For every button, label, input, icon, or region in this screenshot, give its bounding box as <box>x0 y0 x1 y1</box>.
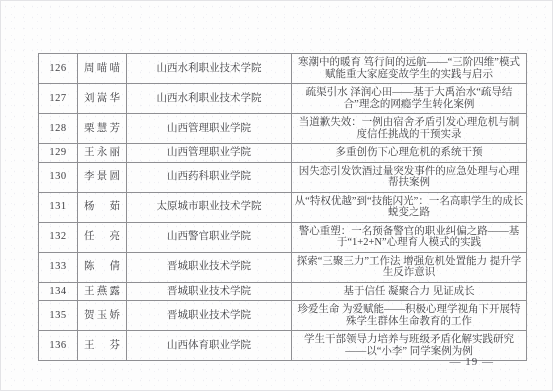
name-cell: 刘嵩华 <box>78 84 127 114</box>
name-cell: 贺玉娇 <box>78 301 127 331</box>
institution-cell: 晋城职业技术学院 <box>127 252 292 282</box>
table-row: 131杨茹太原城市职业技术学院从“特权优越”到“技能闪光”：一名高职学生的成长蜕… <box>39 192 527 222</box>
institution-cell: 山西药科职业学院 <box>127 162 292 192</box>
row-number-cell: 130 <box>39 162 78 192</box>
name-text: 王永丽 <box>84 147 120 159</box>
name-cell: 王永丽 <box>78 144 127 163</box>
title-cell: 探索“三聚三力”工作法 增强危机处置能力 提升学生反诈意识 <box>292 252 527 282</box>
table-row: 133陈倩晋城职业技术学院探索“三聚三力”工作法 增强危机处置能力 提升学生反诈… <box>39 252 527 282</box>
row-number-cell: 136 <box>39 331 78 361</box>
institution-cell: 晋城职业技术学院 <box>127 282 292 301</box>
name-text: 任亮 <box>84 231 120 243</box>
name-cell: 陈倩 <box>78 252 127 282</box>
row-number-cell: 131 <box>39 192 78 222</box>
row-number-cell: 135 <box>39 301 78 331</box>
name-text: 周喵喵 <box>84 63 120 75</box>
institution-cell: 山西水利职业技术学院 <box>127 84 292 114</box>
table-row: 126周喵喵山西水利职业技术学院寒潮中的暖育 笃行间的远航——“三阶四维”模式赋… <box>39 54 527 84</box>
row-number-cell: 133 <box>39 252 78 282</box>
name-cell: 杨茹 <box>78 192 127 222</box>
table-row: 127刘嵩华山西水利职业技术学院疏渠引水 泽润心田——基于大禹治水“疏导结合”理… <box>39 84 527 114</box>
name-cell: 任亮 <box>78 222 127 252</box>
results-table-body: 126周喵喵山西水利职业技术学院寒潮中的暖育 笃行间的远航——“三阶四维”模式赋… <box>39 54 527 361</box>
name-text: 陈倩 <box>84 261 120 273</box>
row-number-cell: 132 <box>39 222 78 252</box>
table-row: 128栗慧芳山西管理职业学院当道歉失效：一例由宿舍矛盾引发心理危机与制度信任挑战… <box>39 114 527 144</box>
name-text: 李景圆 <box>84 171 120 183</box>
institution-cell: 晋城职业技术学院 <box>127 301 292 331</box>
title-cell: 珍爱生命 为爱赋能——积极心理学视角下开展特殊学生群体生命教育的工作 <box>292 301 527 331</box>
row-number-cell: 128 <box>39 114 78 144</box>
row-number-cell: 126 <box>39 54 78 84</box>
name-text: 刘嵩华 <box>84 93 120 105</box>
title-cell: 因失恋引发饮酒过量突发事件的应急处理与心理帮扶案例 <box>292 162 527 192</box>
title-cell: 寒潮中的暖育 笃行间的远航——“三阶四维”模式赋能重大家庭变故学生的实践与启示 <box>292 54 527 84</box>
name-cell: 栗慧芳 <box>78 114 127 144</box>
name-text: 王燕露 <box>84 286 120 298</box>
title-cell: 当道歉失效：一例由宿舍矛盾引发心理危机与制度信任挑战的干预实录 <box>292 114 527 144</box>
table-row: 132任亮山西警官职业学院警心重塑：一名预备警官的职业纠偏之路——基于“1+2+… <box>39 222 527 252</box>
table-row: 130李景圆山西药科职业学院因失恋引发饮酒过量突发事件的应急处理与心理帮扶案例 <box>39 162 527 192</box>
name-text: 栗慧芳 <box>84 123 120 135</box>
institution-cell: 山西水利职业技术学院 <box>127 54 292 84</box>
title-cell: 从“特权优越”到“技能闪光”：一名高职学生的成长蜕变之路 <box>292 192 527 222</box>
name-text: 贺玉娇 <box>84 310 120 322</box>
row-number-cell: 127 <box>39 84 78 114</box>
institution-cell: 太原城市职业技术学院 <box>127 192 292 222</box>
name-text: 王芬 <box>84 340 120 352</box>
results-table: 126周喵喵山西水利职业技术学院寒潮中的暖育 笃行间的远航——“三阶四维”模式赋… <box>38 53 527 361</box>
title-cell: 疏渠引水 泽润心田——基于大禹治水“疏导结合”理念的网瘾学生转化案例 <box>292 84 527 114</box>
page-number: — 19 — <box>450 356 495 368</box>
institution-cell: 山西管理职业学院 <box>127 114 292 144</box>
title-cell: 警心重塑：一名预备警官的职业纠偏之路——基于“1+2+N”心理育人模式的实践 <box>292 222 527 252</box>
table-row: 129王永丽山西管理职业学院多重创伤下心理危机的系统干预 <box>39 144 527 163</box>
row-number-cell: 129 <box>39 144 78 163</box>
institution-cell: 山西体育职业学院 <box>127 331 292 361</box>
name-cell: 王芬 <box>78 331 127 361</box>
institution-cell: 山西警官职业学院 <box>127 222 292 252</box>
document-page: 126周喵喵山西水利职业技术学院寒潮中的暖育 笃行间的远航——“三阶四维”模式赋… <box>0 0 553 391</box>
name-cell: 王燕露 <box>78 282 127 301</box>
table-row: 134王燕露晋城职业技术学院基于信任 凝聚合力 见证成长 <box>39 282 527 301</box>
title-cell: 基于信任 凝聚合力 见证成长 <box>292 282 527 301</box>
row-number-cell: 134 <box>39 282 78 301</box>
title-cell: 多重创伤下心理危机的系统干预 <box>292 144 527 163</box>
table-row: 135贺玉娇晋城职业技术学院珍爱生命 为爱赋能——积极心理学视角下开展特殊学生群… <box>39 301 527 331</box>
name-text: 杨茹 <box>84 201 120 213</box>
institution-cell: 山西管理职业学院 <box>127 144 292 163</box>
name-cell: 周喵喵 <box>78 54 127 84</box>
name-cell: 李景圆 <box>78 162 127 192</box>
